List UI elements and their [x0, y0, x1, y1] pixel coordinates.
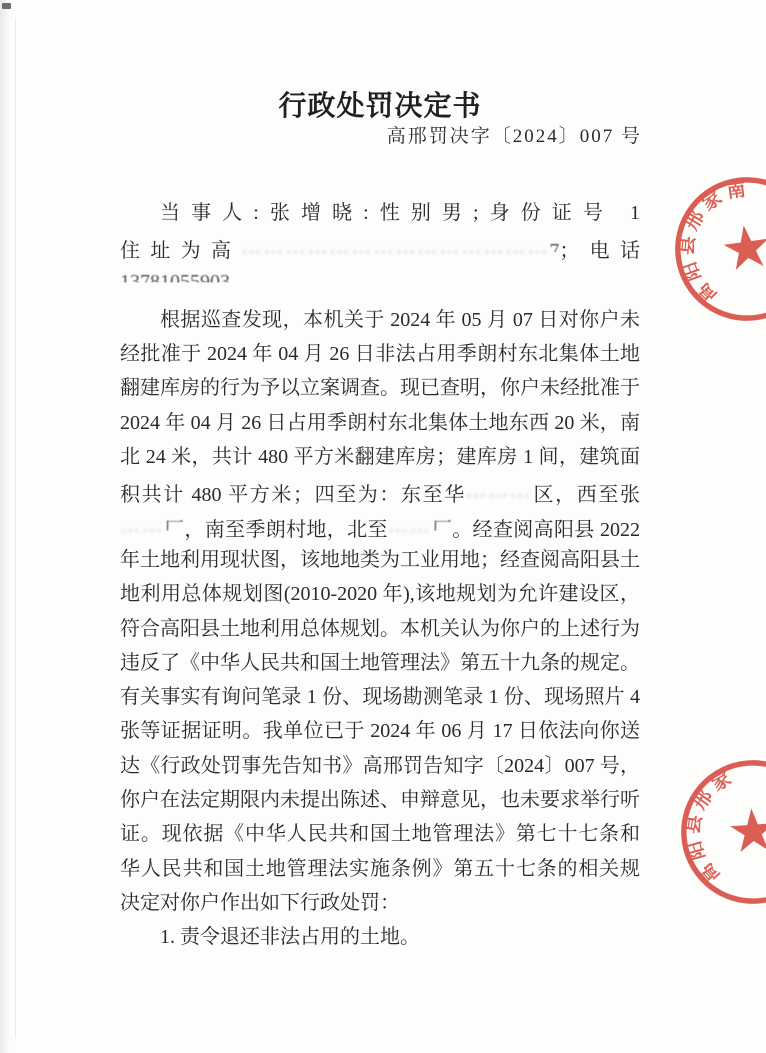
- body-line-2: 经批准于 2024 年 04 月 26 日非法占用季朗村东北集体土地: [120, 337, 640, 371]
- body-line-14: 达《行政处罚事先告知书》高邢罚告知字〔2024〕007 号，: [120, 749, 640, 783]
- redacted-address: ……………………………………: [241, 230, 549, 264]
- body-line-17: 华人民共和国土地管理法实施条例》第五十七条的相关规定，: [120, 852, 640, 886]
- party-paragraph: 当事人:张增晓:性别男;身份证号 1………………………， 住址为高……………………: [120, 196, 640, 299]
- official-seal-bottom: 高阳县邢家: [669, 748, 766, 917]
- redacted-neighbor-north: ……: [388, 509, 432, 543]
- body-line-7: ……厂，南至季朗村地，北至……厂。经查阅高阳县 2022: [120, 509, 640, 543]
- party-line-1: 当事人:张增晓:性别男;身份证号 1………………………，: [120, 196, 640, 230]
- redacted-neighbor-east: ………: [466, 474, 532, 508]
- scanned-document-page: 行政处罚决定书 高邢罚决字〔2024〕007 号 当事人:张增晓:性别男;身份证…: [0, 0, 766, 1053]
- redacted-neighbor-west-fragment: 厂: [164, 513, 184, 543]
- body-line-8: 年土地利用现状图，该地地类为工业用地；经查阅高阳县土: [120, 543, 640, 577]
- document-number: 高邢罚决字〔2024〕007 号: [120, 121, 642, 148]
- scan-corner-artifact: [2, 3, 11, 9]
- body-line-6: 积共计 480 平方米；四至为：东至华………区，西至张: [120, 474, 640, 508]
- redacted-neighbor-north-fragment: 厂: [432, 513, 452, 543]
- boundary-west-text: 区，西至张: [532, 484, 640, 506]
- official-seal-top: 高阳县邢家南: [658, 160, 766, 338]
- body-line-4: 2024 年 04 月 26 日占用季朗村东北集体土地东西 20 米，南: [120, 406, 640, 440]
- party-info-text: 当事人:张增晓:性别男;身份证号 1: [160, 202, 640, 224]
- party-line-2: 住址为高……………………………………7；电话: [120, 230, 640, 264]
- findings-paragraph: 根据巡查发现，本机关于 2024 年 05 月 07 日对你户未 经批准于 20…: [120, 303, 640, 955]
- party-phone-label: ；电话: [559, 240, 640, 262]
- redacted-address-fragment: 7: [549, 234, 559, 264]
- body-line-5: 北 24 米，共计 480 平方米翻建库房；建库房 1 间，建筑面: [120, 440, 640, 474]
- party-address-text: 住址为高: [120, 240, 241, 262]
- body-line-11: 违反了《中华人民共和国土地管理法》第五十九条的规定。: [120, 646, 640, 680]
- body-line-16: 证。现依据《中华人民共和国土地管理法》第七十七条和《中: [120, 817, 640, 851]
- party-line-3: 13781055903: [120, 265, 640, 299]
- body-line-3: 翻建库房的行为予以立案调查。现已查明，你户未经批准于: [120, 371, 640, 405]
- body-line-18: 决定对你户作出如下行政处罚：: [120, 886, 640, 920]
- scan-left-edge-line: [15, 18, 16, 1038]
- redacted-phone-number: 13781055903: [120, 265, 230, 299]
- boundary-east-text: 积共计 480 平方米；四至为：东至华: [120, 484, 466, 506]
- body-line-13: 张等证据证明。我单位已于 2024 年 06 月 17 日依法向你送: [120, 714, 640, 748]
- body-line-1: 根据巡查发现，本机关于 2024 年 05 月 07 日对你户未: [120, 303, 640, 337]
- body-line-15: 你户在法定期限内未提出陈述、申辩意见，也未要求举行听: [120, 783, 640, 817]
- penalty-item-1: 1. 责令退还非法占用的土地。: [120, 920, 640, 954]
- body-line-12: 有关事实有询问笔录 1 份、现场勘测笔录 1 份、现场照片 4: [120, 680, 640, 714]
- body-line-10: 符合高阳县土地利用总体规划。本机关认为你户的上述行为: [120, 612, 640, 646]
- redacted-neighbor-west: ……: [120, 509, 164, 543]
- seal-star-icon: [729, 807, 766, 853]
- seal-star-icon: [721, 222, 766, 271]
- document-body: 当事人:张增晓:性别男;身份证号 1………………………， 住址为高……………………: [120, 196, 640, 955]
- land-survey-text: 。经查阅高阳县 2022: [452, 519, 640, 541]
- document-title: 行政处罚决定书: [120, 84, 640, 124]
- boundary-south-north-text: ，南至季朗村地，北至: [184, 519, 388, 541]
- scan-left-edge-shade: [0, 0, 10, 1053]
- body-line-9: 地利用总体规划图(2010-2020 年),该地规划为允许建设区，: [120, 577, 640, 611]
